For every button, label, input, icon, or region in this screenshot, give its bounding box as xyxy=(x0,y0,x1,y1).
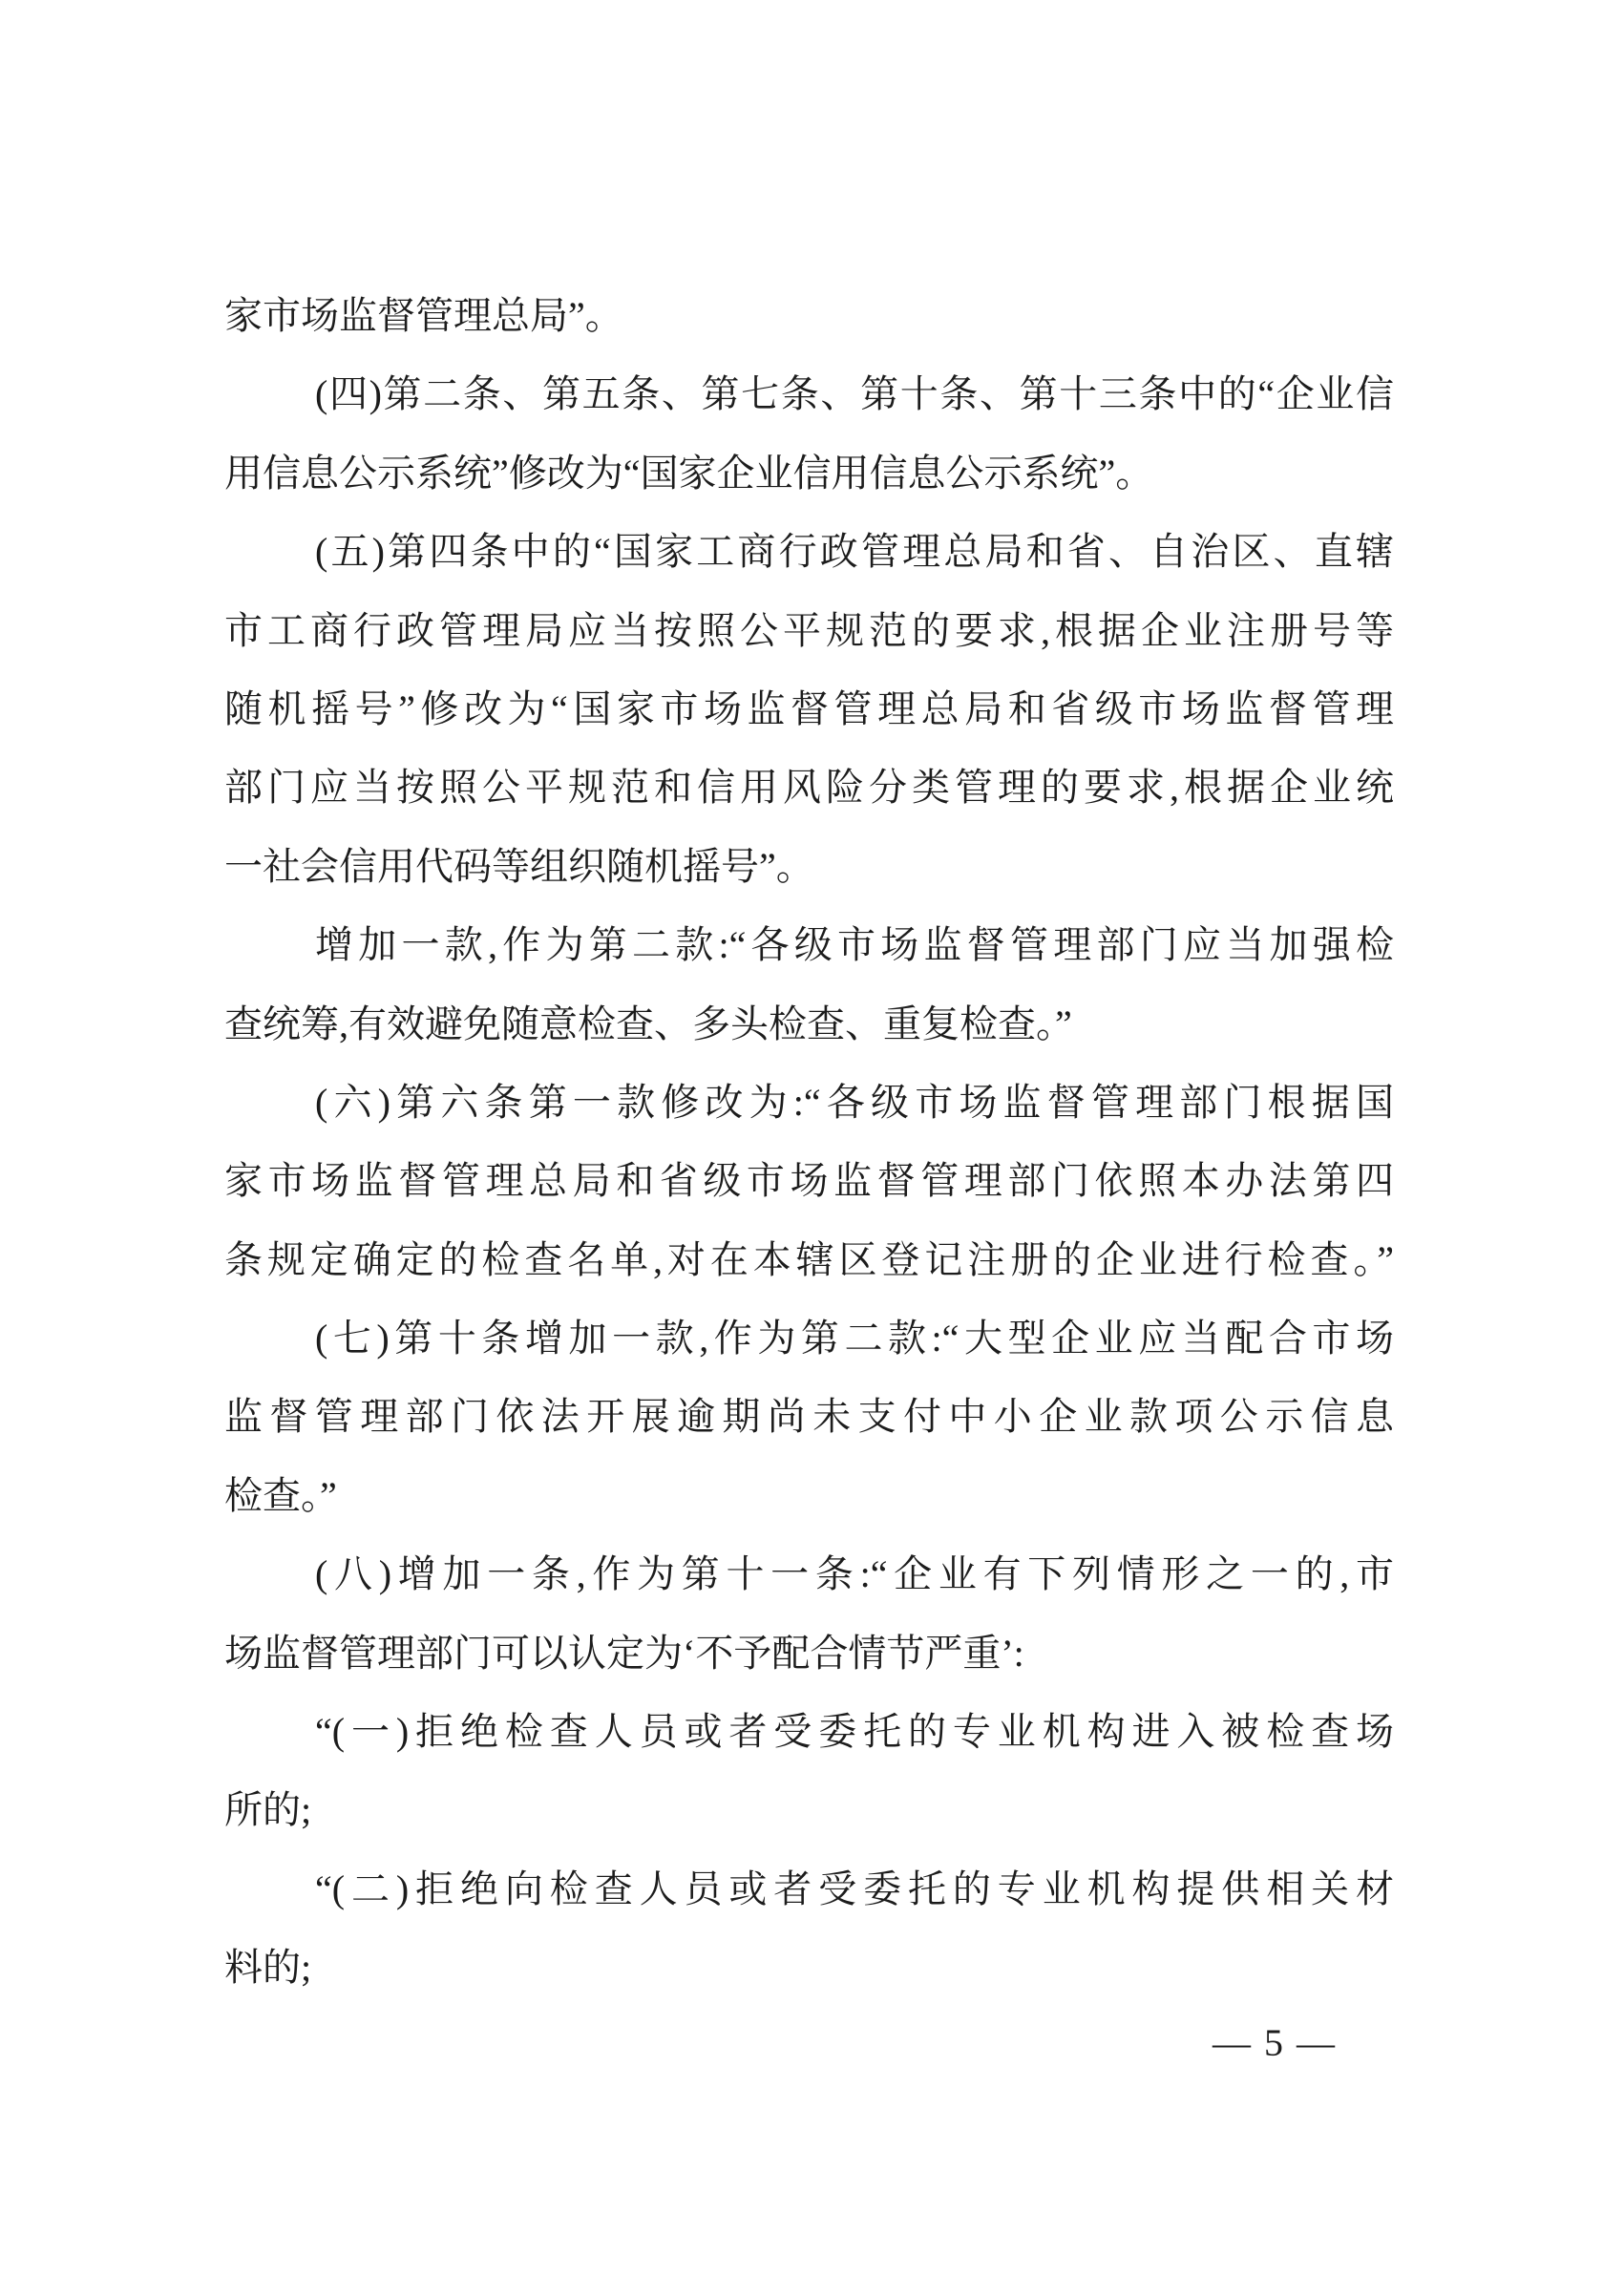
text-line: 查统筹,有效避免随意检查、多头检查、重复检查。” xyxy=(224,985,1394,1064)
text-line: 场监督管理部门可以认定为‘不予配合情节严重’: xyxy=(224,1614,1394,1693)
page-number: — 5 — xyxy=(1213,2016,1384,2070)
text-line: 部门应当按照公平规范和信用风险分类管理的要求,根据企业统 xyxy=(224,749,1394,827)
text-line: 家市场监督管理总局”。 xyxy=(224,277,1394,355)
text-line: (六)第六条第一款修改为:“各级市场监督管理部门根据国 xyxy=(224,1064,1394,1142)
document-page: 家市场监督管理总局”。(四)第二条、第五条、第七条、第十条、第十三条中的“企业信… xyxy=(0,0,1624,2278)
text-line: 家市场监督管理总局和省级市场监督管理部门依照本办法第四 xyxy=(224,1142,1394,1220)
text-line: 监督管理部门依法开展逾期尚未支付中小企业款项公示信息 xyxy=(224,1378,1394,1456)
text-line: 所的; xyxy=(224,1771,1394,1849)
text-line: 随机摇号”修改为“国家市场监督管理总局和省级市场监督管理 xyxy=(224,670,1394,749)
text-line: “(一)拒绝检查人员或者受委托的专业机构进入被检查场 xyxy=(224,1693,1394,1771)
text-line: 检查。” xyxy=(224,1457,1394,1535)
text-line: 市工商行政管理局应当按照公平规范的要求,根据企业注册号等 xyxy=(224,592,1394,670)
text-line: 用信息公示系统”修改为“国家企业信用信息公示系统”。 xyxy=(224,434,1394,513)
text-line: (八)增加一条,作为第十一条:“企业有下列情形之一的,市 xyxy=(224,1535,1394,1614)
text-line: 条规定确定的检查名单,对在本辖区登记注册的企业进行检查。” xyxy=(224,1221,1394,1299)
text-line: “(二)拒绝向检查人员或者受委托的专业机构提供相关材 xyxy=(224,1850,1394,1929)
text-line: 料的; xyxy=(224,1929,1394,2007)
text-line: 增加一款,作为第二款:“各级市场监督管理部门应当加强检 xyxy=(224,906,1394,984)
text-line: 一社会信用代码等组织随机摇号”。 xyxy=(224,828,1394,906)
text-line: (五)第四条中的“国家工商行政管理总局和省、自治区、直辖 xyxy=(224,513,1394,591)
text-block: 家市场监督管理总局”。(四)第二条、第五条、第七条、第十条、第十三条中的“企业信… xyxy=(224,277,1394,2008)
text-line: (四)第二条、第五条、第七条、第十条、第十三条中的“企业信 xyxy=(224,355,1394,433)
text-line: (七)第十条增加一款,作为第二款:“大型企业应当配合市场 xyxy=(224,1299,1394,1378)
